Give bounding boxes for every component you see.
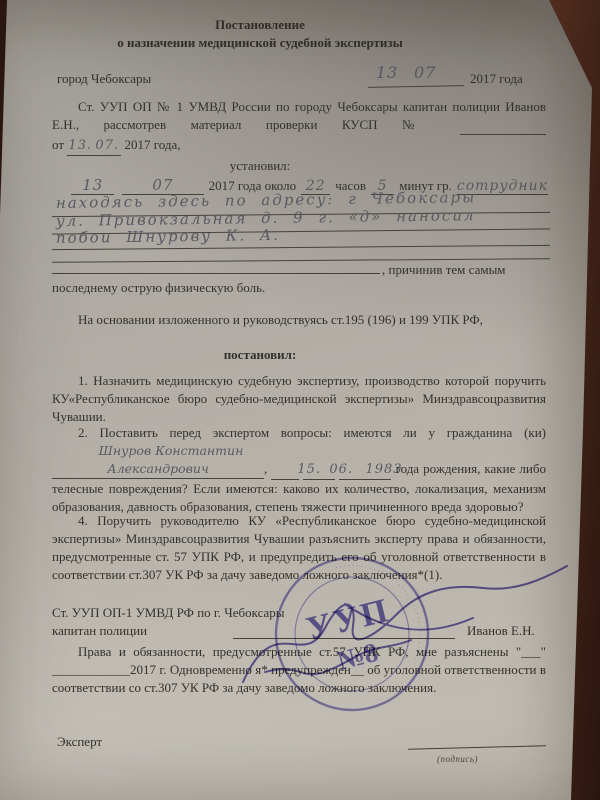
date-day-handwritten: 13 xyxy=(376,64,398,82)
ustanovil-heading: установил: xyxy=(55,157,465,175)
signature-stroke-flourish xyxy=(345,604,473,630)
examinee-name-handwritten: Шнуров Константин Александрович xyxy=(52,442,264,479)
postanovil-heading: постановил: xyxy=(55,346,465,364)
intro-year-label: 2017 года, xyxy=(125,137,181,152)
caused-text: , причинив тем самым xyxy=(382,261,506,279)
item-2-head: 2. Поставить перед экспертом вопросы: им… xyxy=(78,425,546,440)
kusp-number-blank xyxy=(460,116,546,135)
birth-month-handwritten: 06. xyxy=(303,461,335,480)
signature-stroke-main xyxy=(243,566,567,682)
signature-svg xyxy=(225,540,585,705)
doc-title-line1: Постановление xyxy=(55,16,465,34)
intro-month-handwritten: 07. xyxy=(93,137,121,156)
date-month-handwritten: 07 xyxy=(414,64,436,82)
legal-basis-text: На основании изложенного и руководствуяс… xyxy=(52,311,546,329)
intro-day-handwritten: 13. xyxy=(67,137,93,156)
caused-text-line2: последнему острую физическую боль. xyxy=(52,279,265,297)
date-year-label: 2017 года xyxy=(470,70,523,88)
narrative-handwriting-line4: побои Шнурову К. А. xyxy=(56,226,280,247)
narrative-rule-6 xyxy=(52,273,380,274)
intro-date-line: от 13.07. 2017 года, xyxy=(52,136,181,156)
birth-year-handwritten: 1983 xyxy=(339,461,391,480)
expert-label: Эксперт xyxy=(57,733,102,751)
doc-title-line2: о назначении медицинской судебной экспер… xyxy=(55,34,465,52)
item-2-comma: , xyxy=(264,461,267,476)
signature-stroke-loop xyxy=(265,640,411,674)
birth-day-handwritten: 15. xyxy=(271,461,299,480)
item-1-text: 1. Назначить медицинскую судебную экспер… xyxy=(52,372,546,426)
item-2-paragraph: 2. Поставить перед экспертом вопросы: им… xyxy=(52,424,546,516)
date-blank-line xyxy=(368,85,464,88)
officer-title-line2: капитан полиции xyxy=(52,622,147,640)
officer-ink-signature xyxy=(225,540,585,705)
photo-background: Постановление о назначении медицинской с… xyxy=(0,0,600,800)
intro-paragraph: Ст. УУП ОП № 1 УМВД России по городу Чеб… xyxy=(52,98,546,135)
signature-caption: (подпись) xyxy=(437,750,478,768)
intro-from-label: от xyxy=(52,137,64,152)
city-label: город Чебоксары xyxy=(57,70,151,88)
incident-day-handwritten: 13 xyxy=(71,176,114,195)
document-page: Постановление о назначении медицинской с… xyxy=(0,0,600,800)
